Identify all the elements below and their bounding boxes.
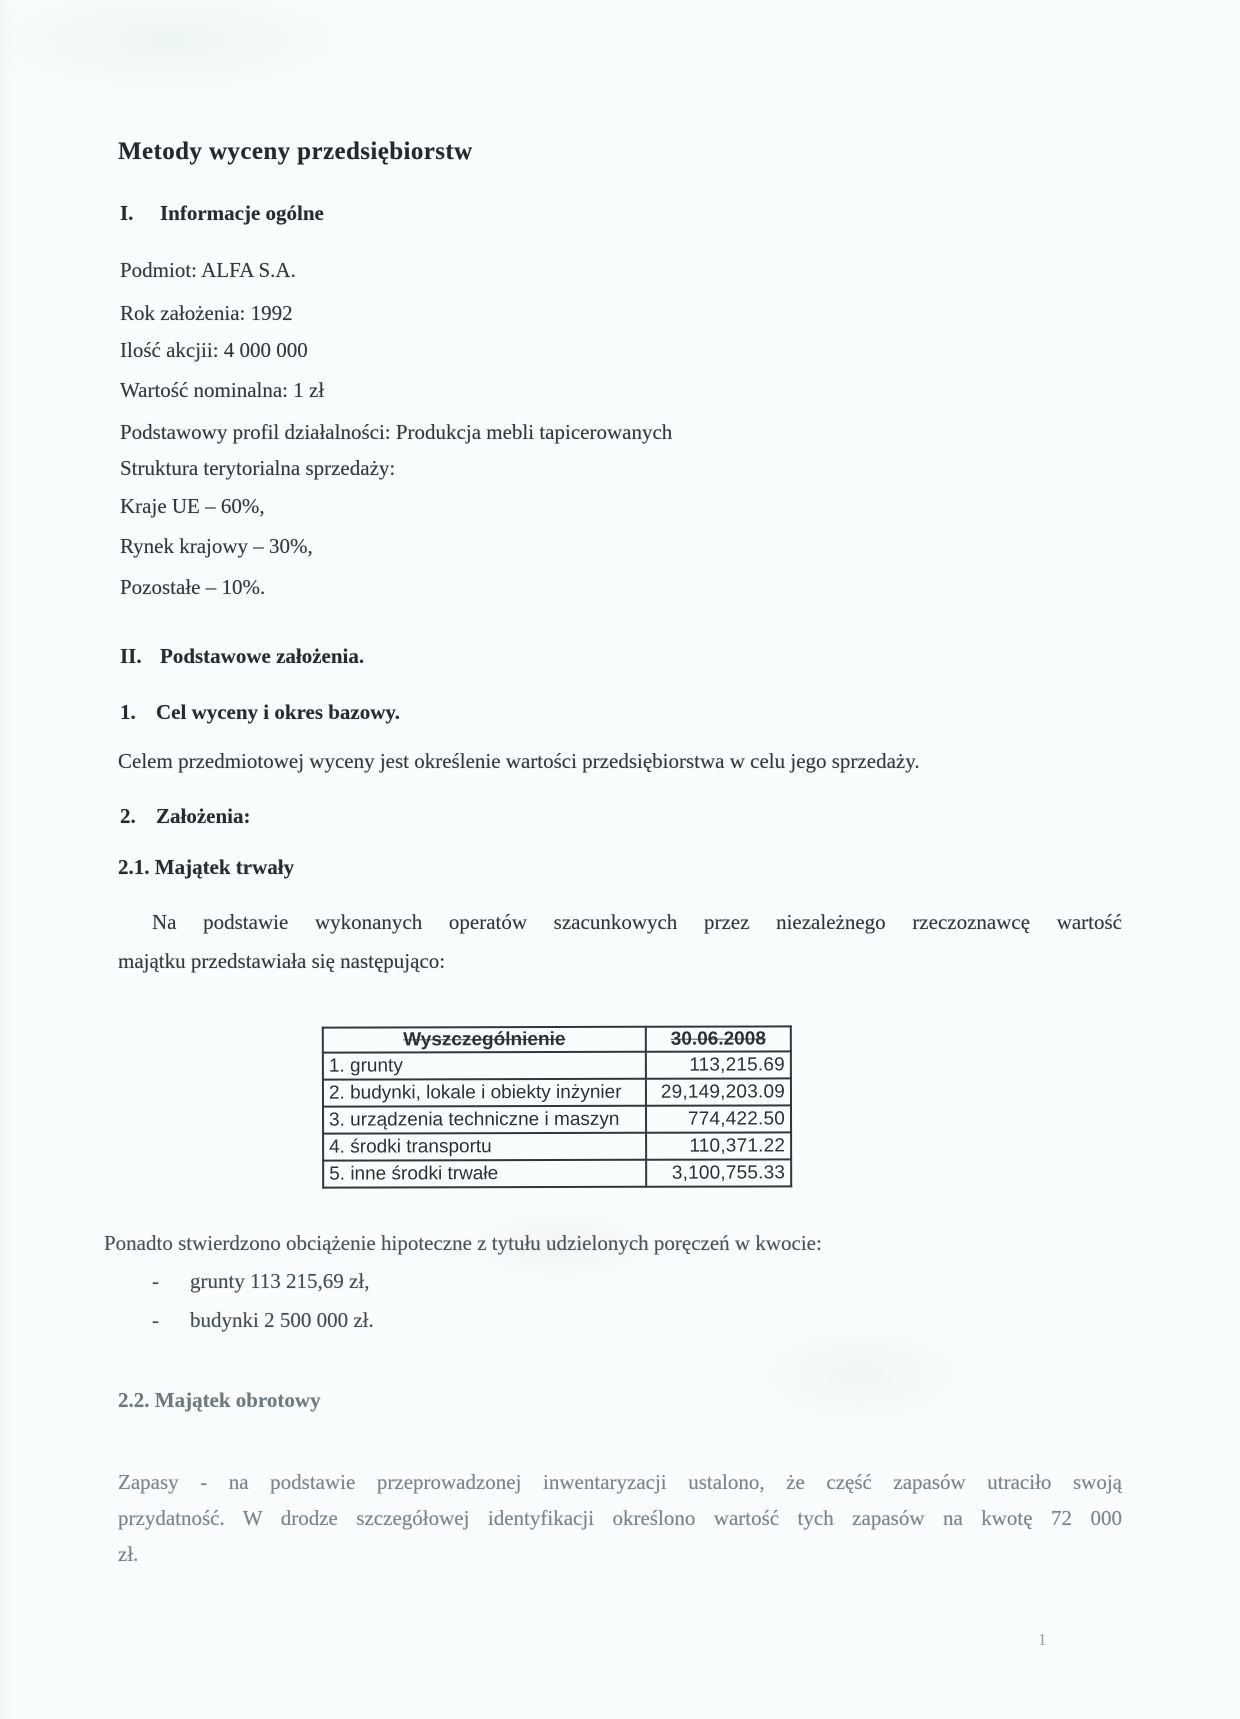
info-line-rok: Rok założenia: 1992 <box>120 301 293 326</box>
info-line-pozostale: Pozostałe – 10%. <box>120 575 265 600</box>
table-cell-value: 110,371.22 <box>646 1132 791 1159</box>
table-cell-label: 4. środki transportu <box>323 1133 646 1161</box>
paragraph-fixed-assets-line2: majątku przedstawiała się następująco: <box>118 949 445 974</box>
table-header-row: Wyszczególnienie 30.06.2008 <box>323 1026 791 1052</box>
table-cell-value: 774,422.50 <box>646 1105 791 1132</box>
document-title: Metody wyceny przedsiębiorstw <box>118 138 473 166</box>
mortgage-item-budynki: -budynki 2 500 000 zł. <box>152 1308 374 1333</box>
mortgage-item-text: budynki 2 500 000 zł. <box>190 1308 374 1332</box>
table-row: 5. inne środki trwałe 3,100,755.33 <box>323 1159 791 1187</box>
subsection-title: Założenia: <box>156 804 251 828</box>
subsection-heading-goal: 1.Cel wyceny i okres bazowy. <box>120 700 400 725</box>
table-row: 3. urządzenia techniczne i maszyn 774,42… <box>323 1105 791 1133</box>
info-line-podmiot: Podmiot: ALFA S.A. <box>120 258 296 283</box>
subsection-heading-current-assets: 2.2. Majątek obrotowy <box>118 1388 321 1413</box>
table-cell-label: 2. budynki, lokale i obiekty inżynier <box>323 1079 646 1107</box>
table-cell-value: 113,215.69 <box>646 1051 791 1078</box>
table-cell-label: 5. inne środki trwałe <box>323 1160 646 1188</box>
table-cell-label: 1. grunty <box>323 1052 646 1080</box>
subsection-heading-fixed-assets: 2.1. Majątek trwały <box>118 855 294 880</box>
mortgage-item-grunty: -grunty 113 215,69 zł, <box>152 1269 369 1294</box>
section-number: II. <box>120 644 160 669</box>
table-row: 1. grunty 113,215.69 <box>323 1051 791 1079</box>
assets-table: Wyszczególnienie 30.06.2008 1. grunty 11… <box>322 1025 792 1188</box>
section-heading-general: I.Informacje ogólne <box>120 201 324 226</box>
subsection-title: Cel wyceny i okres bazowy. <box>156 700 400 724</box>
subsection-heading-assumptions: 2.Założenia: <box>120 804 251 829</box>
scanned-document-page: Metody wyceny przedsiębiorstw I.Informac… <box>0 0 1240 1719</box>
table-header-specification: Wyszczególnienie <box>323 1027 646 1053</box>
dash-bullet: - <box>152 1269 190 1294</box>
subsection-number: 1. <box>120 700 156 725</box>
section-title: Informacje ogólne <box>160 201 324 225</box>
section-title: Podstawowe założenia. <box>160 644 364 668</box>
mortgage-item-text: grunty 113 215,69 zł, <box>190 1269 369 1293</box>
table-row: 4. środki transportu 110,371.22 <box>323 1132 791 1160</box>
table-row: 2. budynki, lokale i obiekty inżynier 29… <box>323 1078 791 1106</box>
paragraph-mortgage-intro: Ponadto stwierdzono obciążenie hipoteczn… <box>104 1231 822 1256</box>
dash-bullet: - <box>152 1308 190 1333</box>
info-line-akcje: Ilość akcjii: 4 000 000 <box>120 338 308 363</box>
page-number: 1 <box>1038 1630 1047 1650</box>
paragraph-current-assets-line1: Zapasy - na podstawie przeprowadzonej in… <box>118 1470 1122 1495</box>
info-line-kraje-ue: Kraje UE – 60%, <box>120 494 265 519</box>
paragraph-current-assets-line2: przydatność. W drodze szczegółowej ident… <box>118 1506 1122 1531</box>
paragraph-fixed-assets-line1: Na podstawie wykonanych operatów szacunk… <box>152 910 1122 935</box>
table-cell-value: 29,149,203.09 <box>646 1078 791 1105</box>
table-header-date: 30.06.2008 <box>646 1026 791 1051</box>
info-line-profil: Podstawowy profil działalności: Produkcj… <box>120 420 672 445</box>
info-line-struktura: Struktura terytorialna sprzedaży: <box>120 456 395 481</box>
section-heading-assumptions: II.Podstawowe założenia. <box>120 644 364 669</box>
table-cell-label: 3. urządzenia techniczne i maszyn <box>323 1106 646 1134</box>
paragraph-goal: Celem przedmiotowej wyceny jest określen… <box>118 749 920 774</box>
subsection-number: 2. <box>120 804 156 829</box>
table-cell-value: 3,100,755.33 <box>646 1159 791 1186</box>
paragraph-current-assets-line3: zł. <box>118 1542 138 1567</box>
info-line-nominal: Wartość nominalna: 1 zł <box>120 378 324 403</box>
section-number: I. <box>120 201 160 226</box>
info-line-rynek: Rynek krajowy – 30%, <box>120 534 313 559</box>
